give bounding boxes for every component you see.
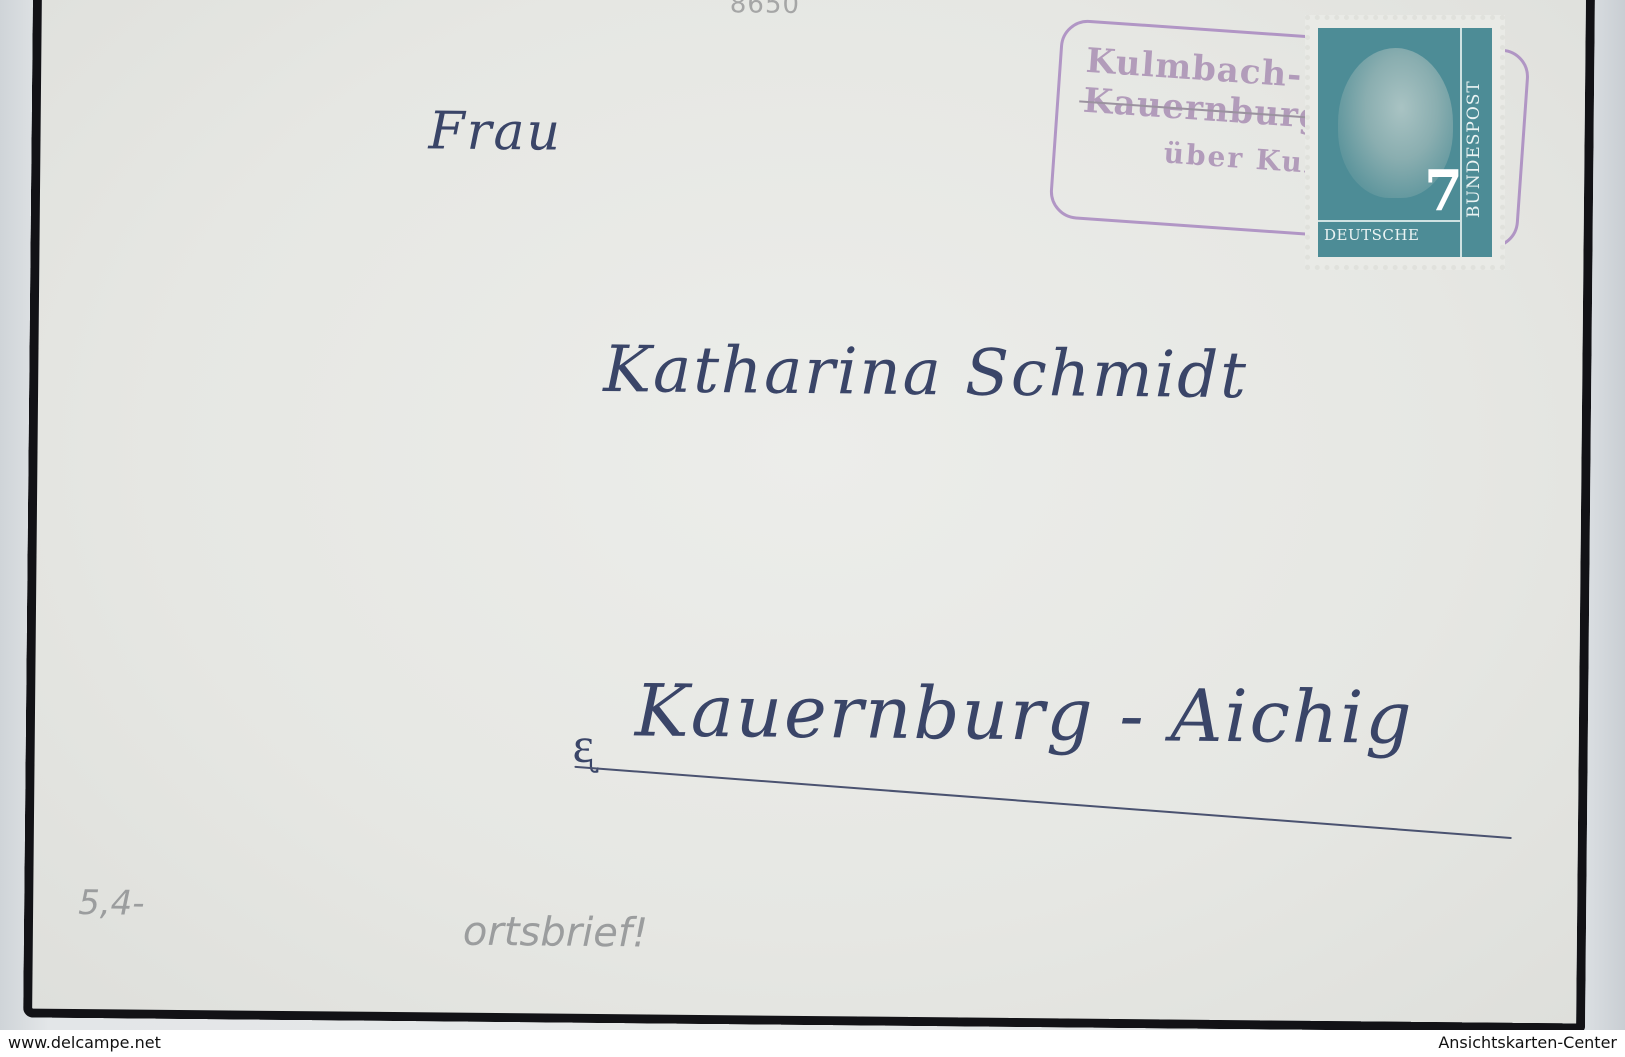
recipient-name: Katharina Schmidt — [603, 333, 1248, 413]
pencil-number: 8650 — [730, 0, 800, 20]
watermark-bar: www.delcampe.net Ansichtskarten-Center — [0, 1030, 1625, 1057]
city-underline — [574, 766, 1511, 839]
stamp-divider-horizontal — [1318, 220, 1460, 222]
scanned-image: 8650 Frau Katharina Schmidt ᶓ Kauernburg… — [0, 0, 1625, 1040]
recipient-city: Kauernburg - Aichig — [635, 668, 1414, 759]
pencil-price: 5,4- — [78, 883, 145, 924]
watermark-left: www.delcampe.net — [8, 1033, 161, 1052]
stamp-side-text: BUNDESPOST — [1464, 80, 1484, 218]
stamp-face: 7 DEUTSCHE BUNDESPOST — [1318, 28, 1492, 257]
stamp-divider-vertical — [1460, 28, 1462, 257]
stamp-value: 7 — [1424, 158, 1463, 224]
stamp-country: DEUTSCHE — [1324, 226, 1419, 244]
watermark-right: Ansichtskarten-Center — [1438, 1033, 1617, 1052]
postage-stamp: 7 DEUTSCHE BUNDESPOST — [1305, 15, 1505, 270]
salutation: Frau — [428, 101, 562, 162]
pencil-note: ortsbrief! — [463, 909, 649, 957]
